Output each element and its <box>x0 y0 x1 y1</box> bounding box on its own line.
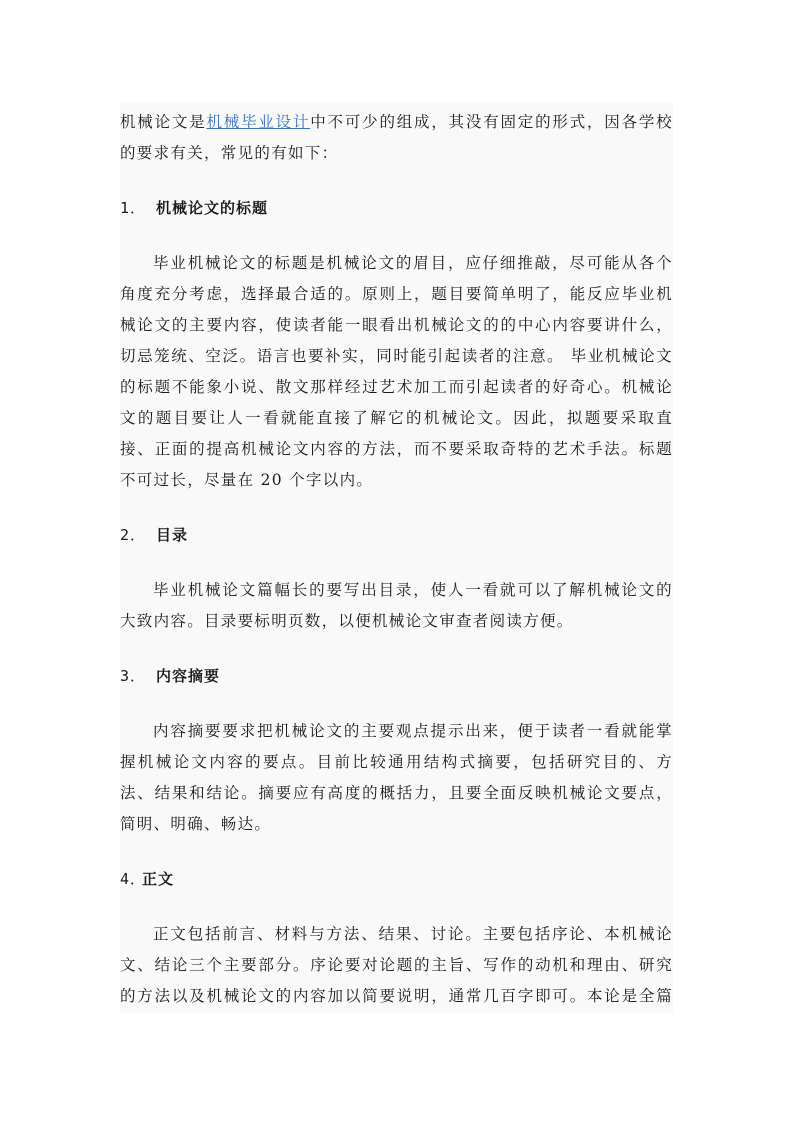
document-page: 机械论文是机械毕业设计中不可少的组成，其没有固定的形式，因各学校的要求有关，常见… <box>120 102 673 1013</box>
spacer <box>120 692 673 716</box>
section-heading-abstract: 3．内容摘要 <box>120 661 673 692</box>
section-title: 机械论文的标题 <box>156 199 268 217</box>
section-heading-toc: 2．目录 <box>120 520 673 551</box>
section-number: 2． <box>120 520 156 551</box>
spacer <box>120 224 673 248</box>
section-title: 正文 <box>142 870 174 888</box>
intro-paragraph: 机械论文是机械毕业设计中不可少的组成，其没有固定的形式，因各学校的要求有关，常见… <box>120 107 673 169</box>
section-body-main-text: 正文包括前言、材料与方法、结果、讨论。主要包括序论、本机械论文、结论三个主要部分… <box>120 919 673 1013</box>
spacer <box>120 551 673 575</box>
spacer <box>120 637 673 661</box>
section-number: 4． <box>120 864 142 895</box>
section-body-toc: 毕业机械论文篇幅长的要写出目录，使人一看就可以了解机械论文的大致内容。目录要标明… <box>120 575 673 637</box>
section-number: 3． <box>120 661 156 692</box>
section-heading-title: 1．机械论文的标题 <box>120 193 673 224</box>
intro-text-before: 机械论文是 <box>120 113 206 131</box>
section-number: 1． <box>120 193 156 224</box>
graduation-design-link[interactable]: 机械毕业设计 <box>206 113 310 131</box>
spacer <box>120 169 673 193</box>
section-heading-main-text: 4．正文 <box>120 864 673 895</box>
section-body-title: 毕业机械论文的标题是机械论文的眉目，应仔细推敲，尽可能从各个角度充分考虑，选择最… <box>120 248 673 496</box>
spacer <box>120 496 673 520</box>
spacer <box>120 840 673 864</box>
section-title: 内容摘要 <box>156 667 220 685</box>
spacer <box>120 895 673 919</box>
section-body-abstract: 内容摘要要求把机械论文的主要观点提示出来，便于读者一看就能掌握机械论文内容的要点… <box>120 716 673 840</box>
section-title: 目录 <box>156 526 188 544</box>
